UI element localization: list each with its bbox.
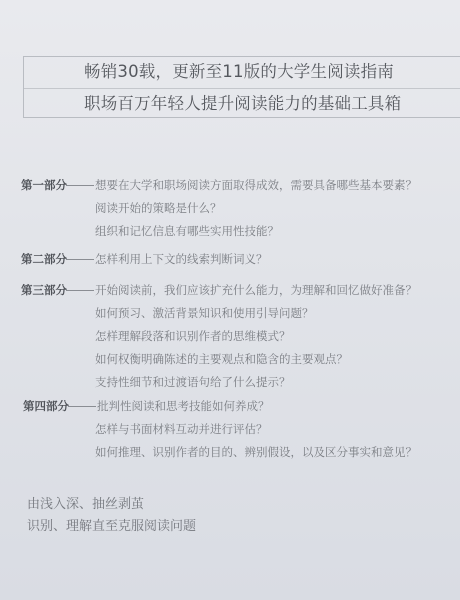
part-label: 第二部分: [21, 251, 66, 267]
part-label: 第四部分: [23, 398, 68, 414]
part-label: 第一部分: [21, 177, 66, 193]
question: 想要在大学和职场阅读方面取得成效，需要具备哪些基本要素？: [95, 178, 417, 192]
part-2: 第二部分怎样利用上下文的线索判断词义？: [21, 251, 268, 267]
question: 支持性细节和过渡语句给了什么提示？: [95, 374, 291, 390]
question: 阅读开始的策略是什么？: [95, 200, 222, 216]
question: 组织和记忆信息有哪些实用性技能？: [95, 223, 279, 239]
tagline-2: 职场百万年轻人提升阅读能力的基础工具箱: [24, 88, 460, 119]
tagline-box: 畅销30载，更新至11版的大学生阅读指南 职场百万年轻人提升阅读能力的基础工具箱: [23, 56, 460, 118]
part-1: 第一部分想要在大学和职场阅读方面取得成效，需要具备哪些基本要素？ 阅读开始的策略…: [21, 177, 417, 193]
question: 怎样利用上下文的线索判断词义？: [95, 252, 268, 266]
part-4: 第四部分批判性阅读和思考技能如何养成？ 怎样与书面材料互动并进行评估？ 如何推理…: [23, 398, 270, 414]
question: 如何推理、识别作者的目的、辨别假设，以及区分事实和意见？: [95, 444, 417, 460]
dash-divider: [66, 185, 94, 186]
summary-line-2: 识别、理解直至克服阅读问题: [27, 515, 196, 534]
question: 怎样理解段落和识别作者的思维模式？: [95, 328, 291, 344]
question: 开始阅读前，我们应该扩充什么能力，为理解和回忆做好准备？: [95, 283, 417, 297]
tagline-1: 畅销30载，更新至11版的大学生阅读指南: [24, 57, 460, 88]
part-3: 第三部分开始阅读前，我们应该扩充什么能力，为理解和回忆做好准备？ 如何预习、激活…: [21, 282, 417, 298]
summary-line-1: 由浅入深、抽丝剥茧: [27, 493, 144, 512]
question: 如何权衡明确陈述的主要观点和隐含的主要观点？: [95, 351, 348, 367]
question: 批判性阅读和思考技能如何养成？: [97, 399, 270, 413]
part-label: 第三部分: [21, 282, 66, 298]
dash-divider: [68, 406, 96, 407]
question: 怎样与书面材料互动并进行评估？: [95, 421, 268, 437]
dash-divider: [66, 259, 94, 260]
question: 如何预习、激活背景知识和使用引导问题？: [95, 305, 314, 321]
dash-divider: [66, 290, 94, 291]
